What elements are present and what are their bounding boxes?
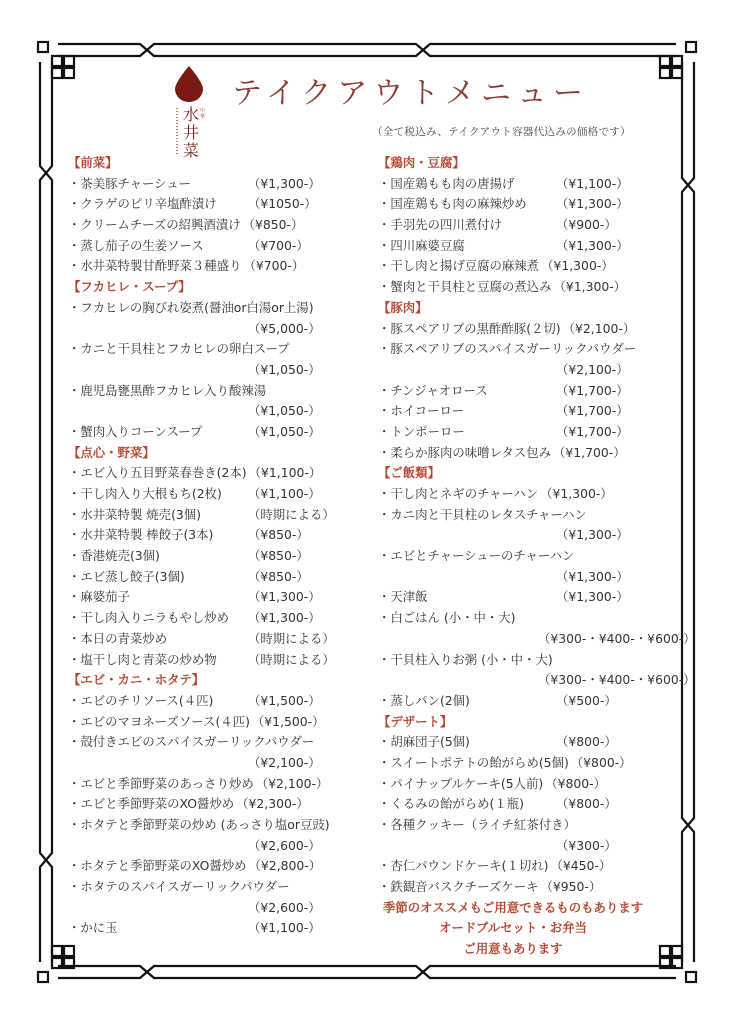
item-price: （¥950-） <box>540 879 601 894</box>
menu-item: ・クラゲのピリ辛塩酢漬け（¥1050-） <box>68 194 368 215</box>
category-label: 【前菜】 <box>68 155 118 170</box>
menu-item: ・蟹肉と干貝柱と豆腐の煮込み（¥1,300-） <box>378 277 678 298</box>
menu-item: （¥2,600-） <box>68 898 368 919</box>
menu-item: ・ホタテのスパイスガーリックパウダー <box>68 877 368 898</box>
menu-item: ・干貝柱入りお粥 (小・中・大) <box>378 650 678 671</box>
item-price: （¥800-） <box>556 794 617 815</box>
menu-item: ・国産鶏もも肉の麻辣炒め（¥1,300-） <box>378 194 678 215</box>
menu-item: ・四川麻婆豆腐（¥1,300-） <box>378 236 678 257</box>
category-heading: 【ご飯類】 <box>378 463 678 484</box>
item-name: ・ホタテと季節野菜のXO醤炒め <box>68 858 247 873</box>
item-name: ・干し肉と揚げ豆腐の麻辣煮 <box>378 258 539 273</box>
price-note: （全て税込み、テイクアウト容器代込みの価格です） <box>372 124 631 139</box>
item-price: （¥1,700-） <box>556 381 629 402</box>
item-price: （¥800-） <box>571 755 632 770</box>
item-name: ・エビ入り五目野菜春巻き(2本) <box>68 465 247 480</box>
item-name: ・エビと季節野菜のあっさり炒め <box>68 776 254 791</box>
category-heading: 【エビ・カニ・ホタテ】 <box>68 670 368 691</box>
menu-item: ・エビのチリソース(４匹)（¥1,500-） <box>68 691 368 712</box>
item-name: ・クリームチーズの紹興酒漬け <box>68 217 241 232</box>
item-price: （¥300-） <box>556 836 617 857</box>
item-price: （¥1,300-） <box>540 486 613 501</box>
category-label: 【デザート】 <box>378 714 452 729</box>
item-price: （¥1,300-） <box>248 174 321 195</box>
item-price: （¥1,500-） <box>248 691 321 712</box>
item-price: （¥1,700-） <box>553 445 626 460</box>
item-name: ・杏仁パウンドケーキ(１切れ) <box>378 858 549 873</box>
item-price: （¥700-） <box>248 236 309 257</box>
menu-item: ・チンジャオロース（¥1,700-） <box>378 381 678 402</box>
page-title: テイクアウトメニュー <box>232 68 589 112</box>
item-name: ・柔らか豚肉の味噌レタス包み <box>378 445 551 460</box>
category-heading: 【点心・野菜】 <box>68 443 368 464</box>
item-name: ・国産鶏もも肉の唐揚げ <box>378 174 514 195</box>
menu-item: ・水井菜特製甘酢野菜３種盛り（¥700-） <box>68 256 368 277</box>
item-name: ・トンポーロー <box>378 422 465 443</box>
menu-item: ・クリームチーズの紹興酒漬け（¥850-） <box>68 215 368 236</box>
menu-item: ・トンポーロー（¥1,700-） <box>378 422 678 443</box>
item-price: （¥1,100-） <box>248 484 321 505</box>
item-price: （¥2,100-） <box>556 360 629 381</box>
menu-item: ・エビと季節野菜のXO醤炒め（¥2,300-） <box>68 794 368 815</box>
item-name: ・クラゲのピリ辛塩酢漬け <box>68 194 217 215</box>
item-name: ・四川麻婆豆腐 <box>378 236 465 257</box>
menu-item: ・茶美豚チャーシュー（¥1,300-） <box>68 174 368 195</box>
item-price: （¥700-） <box>243 258 304 273</box>
item-price: （¥1,100-） <box>556 174 629 195</box>
item-name: ・白ごはん (小・中・大) <box>378 608 516 629</box>
menu-item: ・かに玉（¥1,100-） <box>68 918 368 939</box>
item-price: （¥1,700-） <box>556 401 629 422</box>
item-name: ・麻婆茄子 <box>68 587 130 608</box>
menu-item: （¥1,300-） <box>378 525 678 546</box>
item-name: ・手羽先の四川煮付け <box>378 215 502 236</box>
item-price: （¥300-・¥400-・¥600-） <box>538 629 696 650</box>
item-name: ・ホイコーロー <box>378 401 464 422</box>
menu-item: ・殻付きエビのスパイスガーリックパウダー <box>68 732 368 753</box>
item-name: ・干し肉入り大根もち(2枚) <box>68 484 222 505</box>
item-price: （¥1,050-） <box>248 360 321 381</box>
menu-item: ・フカヒレの胸びれ姿煮(醤油or白湯or上湯) <box>68 298 368 319</box>
item-name: ・エビのチリソース(４匹) <box>68 691 213 712</box>
item-price: （¥1,300-） <box>248 608 321 629</box>
item-name: ・エビと季節野菜のXO醤炒め <box>68 796 234 811</box>
item-name: ・エビのマヨネーズソース(４匹) <box>68 714 250 729</box>
menu-item: ・鹿児島甕黒酢フカヒレ入り酸辣湯 <box>68 381 368 402</box>
menu-item: ・エビ蒸し餃子(3個)（¥850-） <box>68 567 368 588</box>
item-name: ・天津飯 <box>378 587 428 608</box>
item-name: ・塩干し肉と青菜の炒め物 <box>68 650 217 671</box>
item-name: ・蒸しパン(2個) <box>378 691 470 712</box>
menu-item: ・くるみの飴がらめ(１瓶)（¥800-） <box>378 794 678 815</box>
item-price: （¥2,600-） <box>248 836 321 857</box>
item-name: ・鹿児島甕黒酢フカヒレ入り酸辣湯 <box>68 381 266 402</box>
menu-item: ・本日の青菜炒め（時期による） <box>68 629 368 650</box>
item-name: ・殻付きエビのスパイスガーリックパウダー <box>68 732 314 753</box>
category-label: 【豚肉】 <box>378 300 428 315</box>
menu-item: ・スイートポテトの飴がらめ(5個)（¥800-） <box>378 753 678 774</box>
menu-item: ・手羽先の四川煮付け（¥900-） <box>378 215 678 236</box>
menu-item: ・塩干し肉と青菜の炒め物（時期による） <box>68 650 368 671</box>
item-name: ・カニ肉と干貝柱のレタスチャーハン <box>378 505 587 526</box>
item-price: （¥2,600-） <box>248 898 321 919</box>
category-label: 【フカヒレ・スープ】 <box>68 279 191 294</box>
menu-item: ・ホタテと季節野菜のXO醤炒め（¥2,800-） <box>68 856 368 877</box>
item-price: （¥2,100-） <box>256 776 329 791</box>
menu-item: ・柔らか豚肉の味噌レタス包み（¥1,700-） <box>378 443 678 464</box>
menu-item: ・干し肉入り大根もち(2枚)（¥1,100-） <box>68 484 368 505</box>
item-price: （¥2,800-） <box>249 858 322 873</box>
footer-note: 季節のオススメもご用意できるものもあります <box>368 898 678 919</box>
menu-item: ・豚スペアリブの黒酢酢豚(２切)（¥2,100-） <box>378 319 678 340</box>
menu-item: ・ホイコーロー（¥1,700-） <box>378 401 678 422</box>
menu-item: ・蟹肉入りコーンスープ（¥1,050-） <box>68 422 368 443</box>
logo-name: 水井菜 <box>182 106 200 160</box>
item-price: （¥1,100-） <box>248 918 321 939</box>
menu-item: （¥300-） <box>378 836 678 857</box>
menu-item: ・エビとチャーシューのチャーハン <box>378 546 678 567</box>
menu-item: ・パイナップルケーキ(5人前)（¥800-） <box>378 774 678 795</box>
category-label: 【ご飯類】 <box>378 465 440 480</box>
item-price: （¥5,000-） <box>248 319 321 340</box>
item-name: ・蟹肉入りコーンスープ <box>68 422 202 443</box>
item-price: （¥500-） <box>556 691 617 712</box>
item-name: ・エビ蒸し餃子(3個) <box>68 567 185 588</box>
footer-note-text: ご用意もあります <box>368 939 658 960</box>
item-price: （¥1,300-） <box>556 587 629 608</box>
item-price: （¥1050-） <box>248 194 317 215</box>
category-label: 【エビ・カニ・ホタテ】 <box>68 672 204 687</box>
item-name: ・香港焼売(3個) <box>68 546 160 567</box>
item-price: （¥1,500-） <box>252 714 325 729</box>
category-heading: 【デザート】 <box>378 712 678 733</box>
menu-item: ・蒸し茄子の生姜ソース（¥700-） <box>68 236 368 257</box>
item-price: （¥2,100-） <box>563 321 636 336</box>
item-name: ・チンジャオロース <box>378 381 488 402</box>
item-name: ・水井菜特製 焼売(3個) <box>68 505 201 526</box>
category-heading: 【前菜】 <box>68 153 368 174</box>
restaurant-logo: 水井菜 中華 <box>170 66 214 162</box>
category-label: 【点心・野菜】 <box>68 445 155 460</box>
item-price: （¥450-） <box>551 858 612 873</box>
menu-item: （¥2,100-） <box>378 360 678 381</box>
item-price: （¥300-・¥400-・¥600-） <box>538 670 696 691</box>
item-price: （¥2,100-） <box>248 753 321 774</box>
item-price: （時期による） <box>248 629 335 650</box>
menu-item: （¥300-・¥400-・¥600-） <box>378 629 678 650</box>
item-name: ・干し肉入りニラもやし炒め <box>68 608 229 629</box>
item-name: ・カニと干貝柱とフカヒレの卵白スープ <box>68 339 290 360</box>
logo-decoration <box>176 108 178 156</box>
item-name: ・干貝柱入りお粥 (小・中・大) <box>378 650 553 671</box>
menu-item: ・各種クッキー（ライチ紅茶付き） <box>378 815 678 836</box>
menu-item: ・胡麻団子(5個)（¥800-） <box>378 732 678 753</box>
menu-item: ・蒸しパン(2個)（¥500-） <box>378 691 678 712</box>
item-price: （¥1,300-） <box>541 258 614 273</box>
item-name: ・かに玉 <box>68 918 118 939</box>
menu-item: （¥1,050-） <box>68 360 368 381</box>
item-price: （¥850-） <box>248 567 309 588</box>
item-name: ・エビとチャーシューのチャーハン <box>378 546 574 567</box>
menu-item: （¥2,600-） <box>68 836 368 857</box>
item-name: ・国産鶏もも肉の麻辣炒め <box>378 194 527 215</box>
item-name: ・鉄観音バスクチーズケーキ <box>378 879 538 894</box>
item-name: ・ホタテと季節野菜の炒め (あっさり塩or豆豉) <box>68 815 330 836</box>
item-name: ・干し肉とネギのチャーハン <box>378 486 538 501</box>
menu-item: ・カニ肉と干貝柱のレタスチャーハン <box>378 505 678 526</box>
menu-item: （¥2,100-） <box>68 753 368 774</box>
menu-item: ・天津飯（¥1,300-） <box>378 587 678 608</box>
menu-column-right: 【鶏肉・豆腐】・国産鶏もも肉の唐揚げ（¥1,100-）・国産鶏もも肉の麻辣炒め（… <box>378 153 678 960</box>
item-price: （¥800-） <box>545 776 606 791</box>
category-heading: 【豚肉】 <box>378 298 678 319</box>
drop-icon <box>175 66 203 102</box>
menu-item: ・ホタテと季節野菜の炒め (あっさり塩or豆豉) <box>68 815 368 836</box>
item-price: （¥850-） <box>243 217 304 232</box>
category-label: 【鶏肉・豆腐】 <box>378 155 465 170</box>
footer-note: ご用意もあります <box>368 939 678 960</box>
menu-column-left: 【前菜】・茶美豚チャーシュー（¥1,300-）・クラゲのピリ辛塩酢漬け（¥105… <box>68 153 368 939</box>
item-name: ・蟹肉と干貝柱と豆腐の煮込み <box>378 279 551 294</box>
menu-item: ・干し肉とネギのチャーハン（¥1,300-） <box>378 484 678 505</box>
item-price: （¥1,100-） <box>249 465 322 480</box>
menu-item: （¥1,050-） <box>68 401 368 422</box>
category-heading: 【フカヒレ・スープ】 <box>68 277 368 298</box>
logo-subtitle: 中華 <box>200 108 206 120</box>
item-name: ・胡麻団子(5個) <box>378 732 470 753</box>
menu-item: ・水井菜特製 棒餃子(3本)（¥850-） <box>68 525 368 546</box>
item-name: ・本日の青菜炒め <box>68 629 167 650</box>
menu-item: ・白ごはん (小・中・大) <box>378 608 678 629</box>
item-price: （¥1,050-） <box>248 422 321 443</box>
menu-item: ・国産鶏もも肉の唐揚げ（¥1,100-） <box>378 174 678 195</box>
footer-note-text: 季節のオススメもご用意できるものもあります <box>368 898 658 919</box>
menu-item: ・豚スペアリブのスパイスガーリックパウダー <box>378 339 678 360</box>
item-name: ・各種クッキー（ライチ紅茶付き） <box>378 815 576 836</box>
menu-item: （¥300-・¥400-・¥600-） <box>378 670 678 691</box>
item-name: ・ホタテのスパイスガーリックパウダー <box>68 877 290 898</box>
item-name: ・パイナップルケーキ(5人前) <box>378 776 543 791</box>
footer-note-text: オードブルセット・お弁当 <box>368 918 658 939</box>
item-name: ・くるみの飴がらめ(１瓶) <box>378 794 524 815</box>
item-price: （¥850-） <box>248 525 309 546</box>
footer-note: オードブルセット・お弁当 <box>368 918 678 939</box>
item-name: ・水井菜特製甘酢野菜３種盛り <box>68 258 241 273</box>
item-price: （¥1,050-） <box>248 401 321 422</box>
menu-item: ・エビ入り五目野菜春巻き(2本)（¥1,100-） <box>68 463 368 484</box>
item-price: （¥1,300-） <box>556 194 629 215</box>
item-price: （¥1,300-） <box>248 587 321 608</box>
item-price: （¥1,700-） <box>556 422 629 443</box>
menu-item: ・水井菜特製 焼売(3個)（時期による） <box>68 505 368 526</box>
item-price: （¥1,300-） <box>556 525 629 546</box>
menu-item: ・エビと季節野菜のあっさり炒め（¥2,100-） <box>68 774 368 795</box>
item-price: （¥1,300-） <box>553 279 626 294</box>
item-price: （¥800-） <box>556 732 617 753</box>
menu-item: ・カニと干貝柱とフカヒレの卵白スープ <box>68 339 368 360</box>
menu-item: （¥5,000-） <box>68 319 368 340</box>
menu-item: ・干し肉入りニラもやし炒め（¥1,300-） <box>68 608 368 629</box>
item-name: ・スイートポテトの飴がらめ(5個) <box>378 755 569 770</box>
item-price: （時期による） <box>248 650 335 671</box>
menu-item: ・エビのマヨネーズソース(４匹)（¥1,500-） <box>68 712 368 733</box>
item-price: （¥1,300-） <box>556 236 629 257</box>
item-price: （¥2,300-） <box>236 796 309 811</box>
menu-item: （¥1,300-） <box>378 567 678 588</box>
item-price: （¥1,300-） <box>556 567 629 588</box>
menu-item: ・杏仁パウンドケーキ(１切れ)（¥450-） <box>378 856 678 877</box>
item-name: ・水井菜特製 棒餃子(3本) <box>68 525 213 546</box>
item-price: （時期による） <box>248 505 335 526</box>
item-name: ・蒸し茄子の生姜ソース <box>68 236 204 257</box>
item-name: ・豚スペアリブの黒酢酢豚(２切) <box>378 321 561 336</box>
menu-item: ・香港焼売(3個)（¥850-） <box>68 546 368 567</box>
category-heading: 【鶏肉・豆腐】 <box>378 153 678 174</box>
menu-item: ・鉄観音バスクチーズケーキ（¥950-） <box>378 877 678 898</box>
item-price: （¥900-） <box>556 215 617 236</box>
item-name: ・豚スペアリブのスパイスガーリックパウダー <box>378 339 636 360</box>
menu-item: ・干し肉と揚げ豆腐の麻辣煮（¥1,300-） <box>378 256 678 277</box>
item-name: ・茶美豚チャーシュー <box>68 174 191 195</box>
item-price: （¥850-） <box>248 546 309 567</box>
menu-item: ・麻婆茄子（¥1,300-） <box>68 587 368 608</box>
item-name: ・フカヒレの胸びれ姿煮(醤油or白湯or上湯) <box>68 298 314 319</box>
